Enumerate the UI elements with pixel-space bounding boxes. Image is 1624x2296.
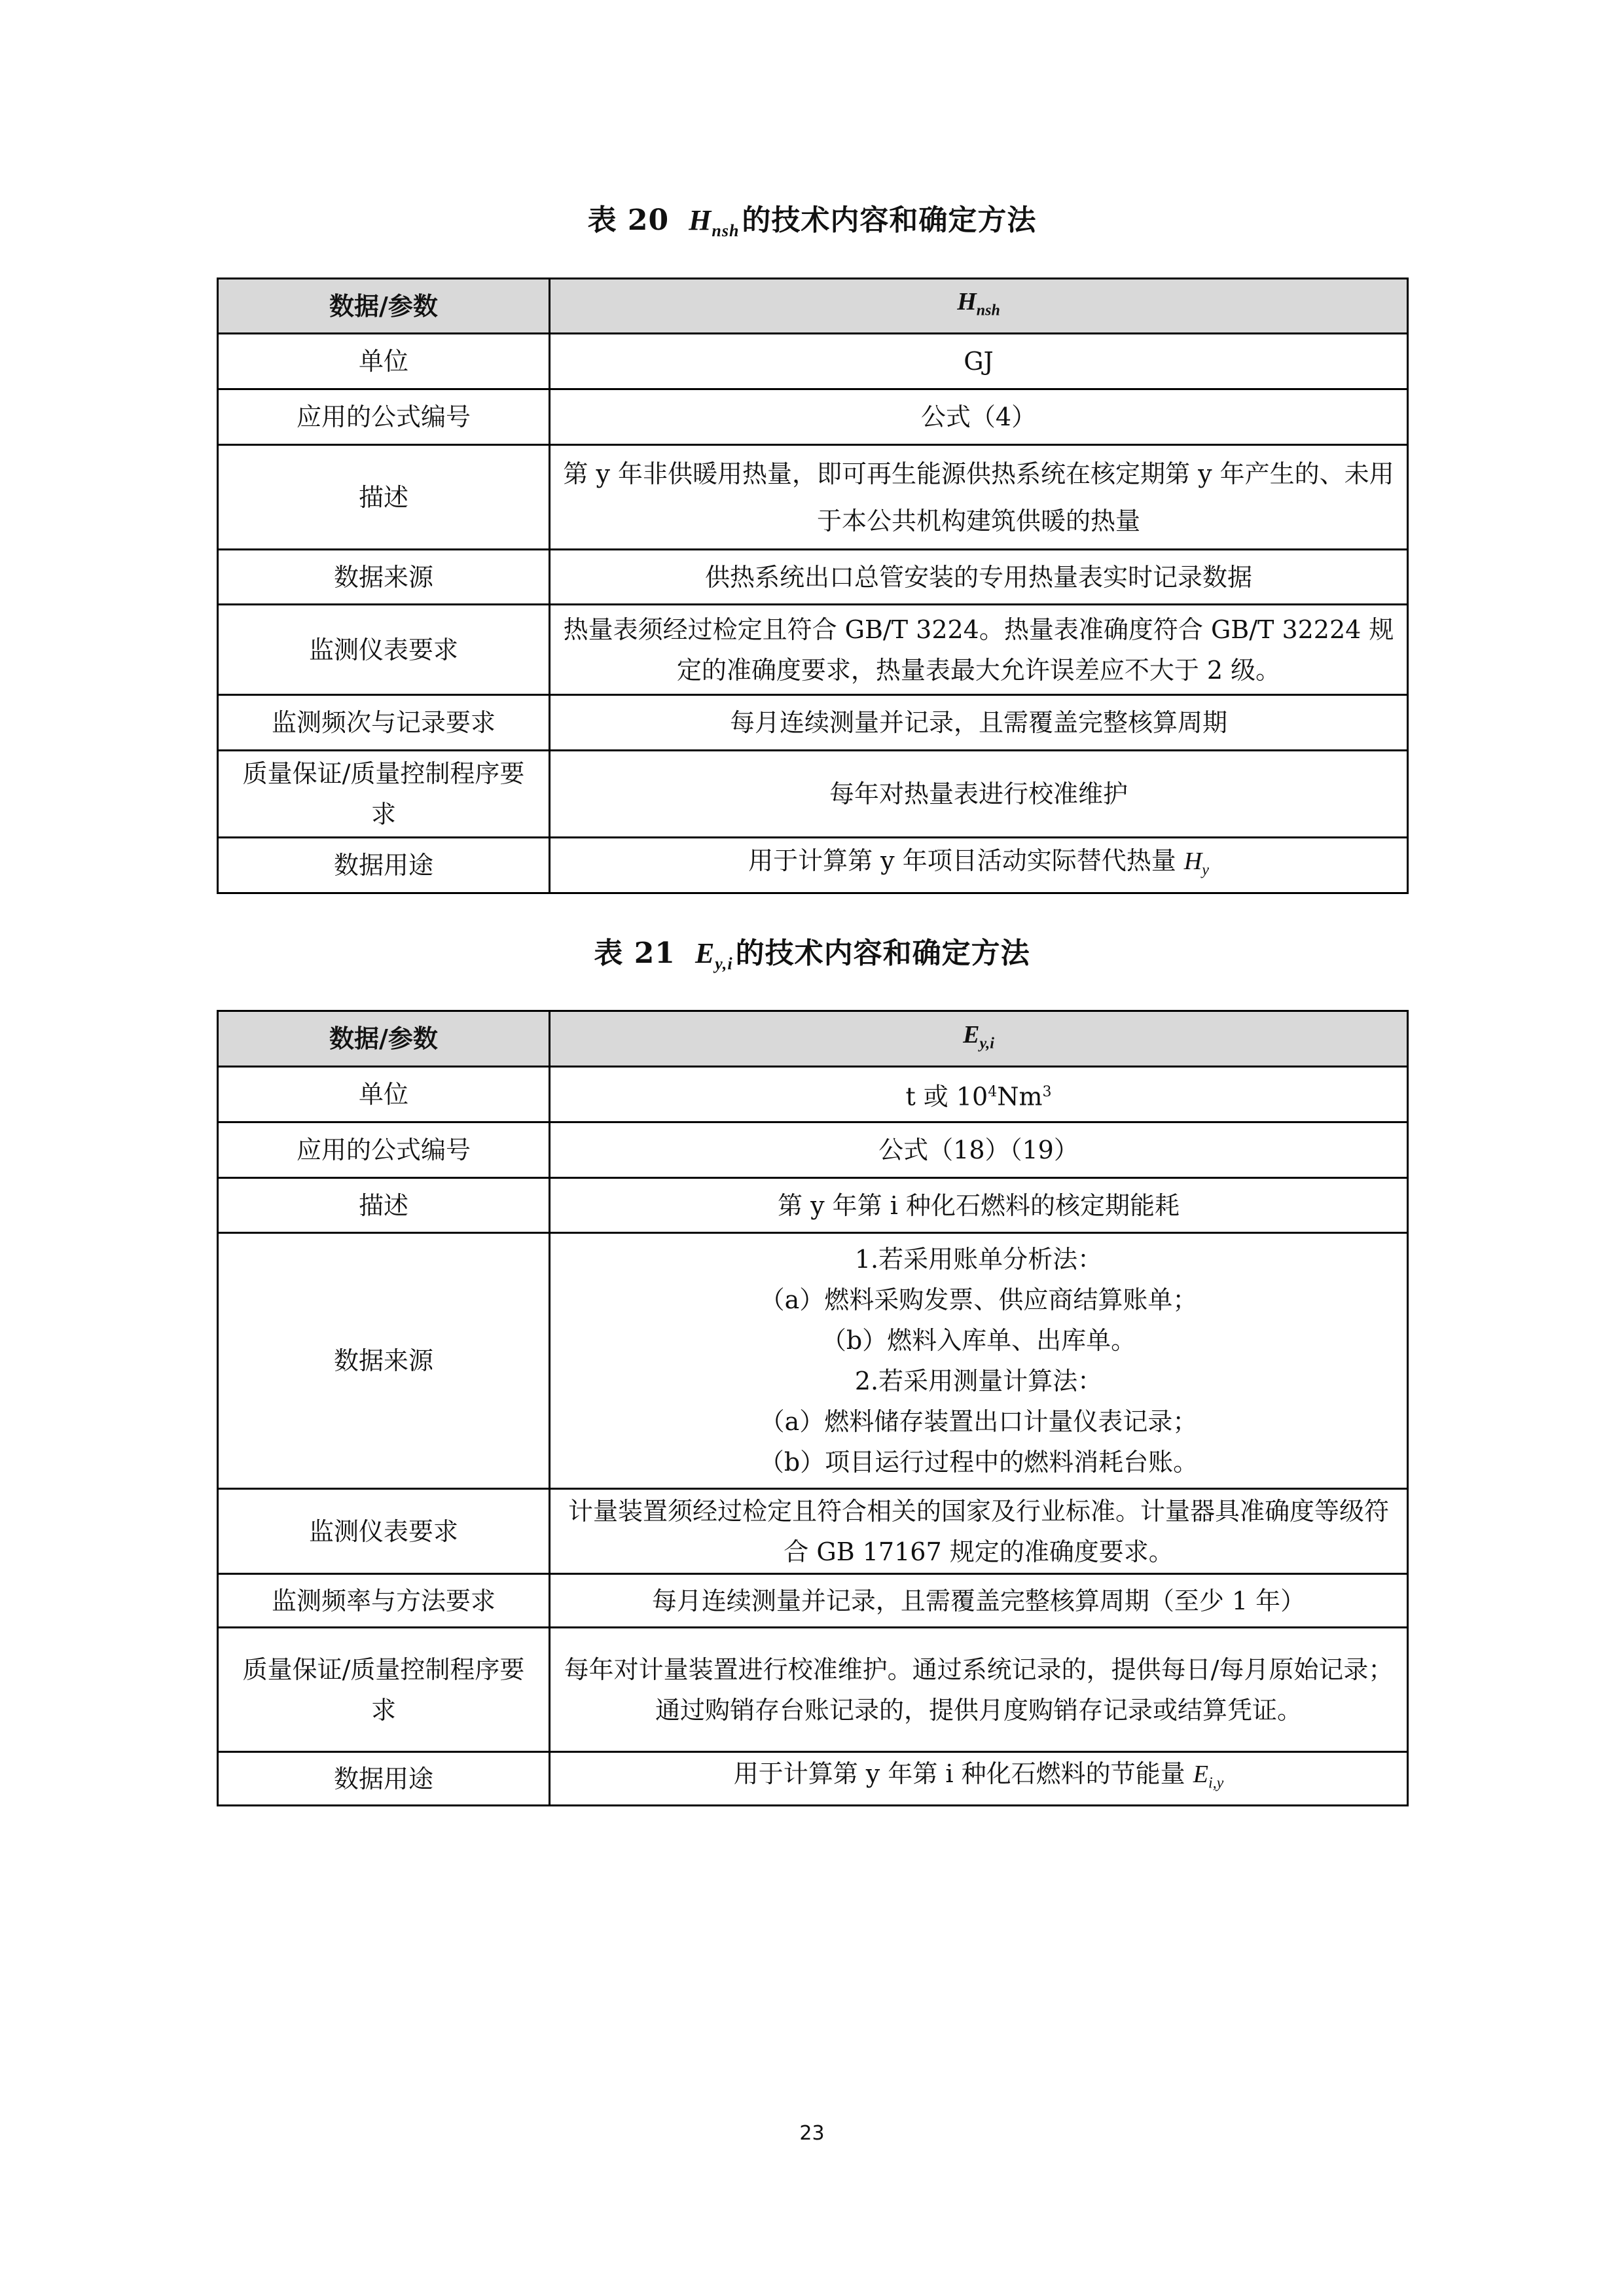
- list-item: （a）燃料采购发票、供应商结算账单；: [562, 1280, 1395, 1320]
- list-item: 2.若采用测量计算法：: [562, 1361, 1395, 1401]
- list-item: 1.若采用账单分析法：: [562, 1239, 1395, 1280]
- table-row: 监测频次与记录要求 每月连续测量并记录，且需覆盖完整核算周期: [218, 695, 1408, 751]
- table-row: 单位 GJ: [218, 334, 1408, 389]
- caption-symbol: Hnsh: [689, 204, 739, 236]
- row-label: 监测仪表要求: [218, 605, 550, 695]
- table-header-row: 数据/参数 Ey,i: [218, 1011, 1408, 1067]
- row-label: 单位: [218, 334, 550, 389]
- row-value: GJ: [550, 334, 1408, 389]
- caption-suffix: 的技术内容和确定方法: [742, 204, 1036, 237]
- table-header-row: 数据/参数 Hnsh: [218, 279, 1408, 334]
- row-value: 第 y 年第 i 种化石燃料的核定期能耗: [550, 1178, 1408, 1233]
- row-label: 监测频次与记录要求: [218, 695, 550, 751]
- row-label: 质量保证/质量控制程序要求: [218, 751, 550, 838]
- list-item: （b）项目运行过程中的燃料消耗台账。: [562, 1442, 1395, 1482]
- caption-symbol: Ey,i: [695, 937, 733, 969]
- page-number: 23: [0, 2122, 1624, 2145]
- row-label: 描述: [218, 1178, 550, 1233]
- caption-suffix: 的技术内容和确定方法: [736, 937, 1030, 970]
- row-label: 单位: [218, 1067, 550, 1122]
- row-label: 数据用途: [218, 838, 550, 893]
- row-value: 每月连续测量并记录，且需覆盖完整核算周期: [550, 695, 1408, 751]
- table-row: 单位 t 或 104Nm3: [218, 1067, 1408, 1122]
- row-value-list: 1.若采用账单分析法： （a）燃料采购发票、供应商结算账单； （b）燃料入库单、…: [550, 1233, 1408, 1489]
- table-row: 描述 第 y 年第 i 种化石燃料的核定期能耗: [218, 1178, 1408, 1233]
- list-item: （a）燃料储存装置出口计量仪表记录；: [562, 1401, 1395, 1442]
- row-value: 第 y 年非供暖用热量，即可再生能源供热系统在核定期第 y 年产生的、未用于本公…: [550, 445, 1408, 550]
- table-row: 应用的公式编号 公式（18）（19）: [218, 1122, 1408, 1178]
- row-value: 公式（4）: [550, 389, 1408, 445]
- table-row: 数据来源 供热系统出口总管安装的专用热量表实时记录数据: [218, 550, 1408, 605]
- table-20-caption: 表 20Hnsh的技术内容和确定方法: [0, 196, 1624, 241]
- row-label: 监测仪表要求: [218, 1489, 550, 1574]
- row-value: 每年对热量表进行校准维护: [550, 751, 1408, 838]
- row-value: 计量装置须经过检定且符合相关的国家及行业标准。计量器具准确度等级符合 GB 17…: [550, 1489, 1408, 1574]
- row-value: 公式（18）（19）: [550, 1122, 1408, 1178]
- row-value: 每年对计量装置进行校准维护。通过系统记录的，提供每日/每月原始记录；通过购销存台…: [550, 1628, 1408, 1752]
- header-symbol: Ey,i: [550, 1011, 1408, 1067]
- table-21: 数据/参数 Ey,i 单位 t 或 104Nm3 应用的公式编号 公式（18）（…: [217, 1010, 1409, 1806]
- table-20: 数据/参数 Hnsh 单位 GJ 应用的公式编号 公式（4） 描述 第 y 年非…: [217, 278, 1409, 894]
- table-row: 监测频率与方法要求 每月连续测量并记录，且需覆盖完整核算周期（至少 1 年）: [218, 1574, 1408, 1628]
- table-row: 监测仪表要求 计量装置须经过检定且符合相关的国家及行业标准。计量器具准确度等级符…: [218, 1489, 1408, 1574]
- row-label: 应用的公式编号: [218, 389, 550, 445]
- table-row: 应用的公式编号 公式（4）: [218, 389, 1408, 445]
- row-label: 数据用途: [218, 1752, 550, 1806]
- table-row: 质量保证/质量控制程序要求 每年对热量表进行校准维护: [218, 751, 1408, 838]
- row-label: 描述: [218, 445, 550, 550]
- table-21-caption: 表 21Ey,i的技术内容和确定方法: [0, 929, 1624, 974]
- header-label: 数据/参数: [218, 1011, 550, 1067]
- row-value: 供热系统出口总管安装的专用热量表实时记录数据: [550, 550, 1408, 605]
- table-row: 监测仪表要求 热量表须经过检定且符合 GB/T 3224。热量表准确度符合 GB…: [218, 605, 1408, 695]
- row-value: 用于计算第 y 年第 i 种化石燃料的节能量 Ei,y: [550, 1752, 1408, 1806]
- row-label: 应用的公式编号: [218, 1122, 550, 1178]
- row-value: 每月连续测量并记录，且需覆盖完整核算周期（至少 1 年）: [550, 1574, 1408, 1628]
- table-row: 质量保证/质量控制程序要求 每年对计量装置进行校准维护。通过系统记录的，提供每日…: [218, 1628, 1408, 1752]
- row-label: 质量保证/质量控制程序要求: [218, 1628, 550, 1752]
- caption-prefix: 表 21: [594, 937, 676, 970]
- caption-prefix: 表 20: [588, 204, 670, 237]
- table-row: 数据用途 用于计算第 y 年第 i 种化石燃料的节能量 Ei,y: [218, 1752, 1408, 1806]
- table-row: 描述 第 y 年非供暖用热量，即可再生能源供热系统在核定期第 y 年产生的、未用…: [218, 445, 1408, 550]
- table-row: 数据用途 用于计算第 y 年项目活动实际替代热量 Hy: [218, 838, 1408, 893]
- header-symbol: Hnsh: [550, 279, 1408, 334]
- row-value: 热量表须经过检定且符合 GB/T 3224。热量表准确度符合 GB/T 3222…: [550, 605, 1408, 695]
- row-value: t 或 104Nm3: [550, 1067, 1408, 1122]
- row-label: 监测频率与方法要求: [218, 1574, 550, 1628]
- list-item: （b）燃料入库单、出库单。: [562, 1320, 1395, 1361]
- row-value: 用于计算第 y 年项目活动实际替代热量 Hy: [550, 838, 1408, 893]
- row-label: 数据来源: [218, 550, 550, 605]
- table-row: 数据来源 1.若采用账单分析法： （a）燃料采购发票、供应商结算账单； （b）燃…: [218, 1233, 1408, 1489]
- header-label: 数据/参数: [218, 279, 550, 334]
- row-label: 数据来源: [218, 1233, 550, 1489]
